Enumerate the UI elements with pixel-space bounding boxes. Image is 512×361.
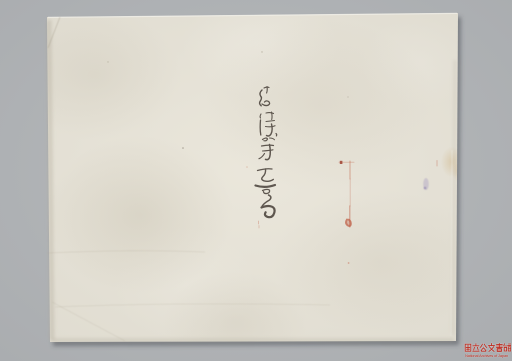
calligraphy-title — [256, 87, 277, 218]
photo-stage: 法律第五号 — [0, 0, 512, 361]
watermark-english-text: National Archives of Japan — [464, 354, 509, 358]
purple-smudge — [423, 178, 429, 190]
watermark-kanji-icon — [464, 343, 511, 353]
ink-layer — [0, 0, 512, 361]
red-seal-remnant — [259, 161, 437, 264]
naj-watermark: 国立公文書館 National Archives of Japan — [464, 343, 511, 360]
crease-marks — [47, 17, 452, 341]
edge-shading — [49, 20, 455, 340]
